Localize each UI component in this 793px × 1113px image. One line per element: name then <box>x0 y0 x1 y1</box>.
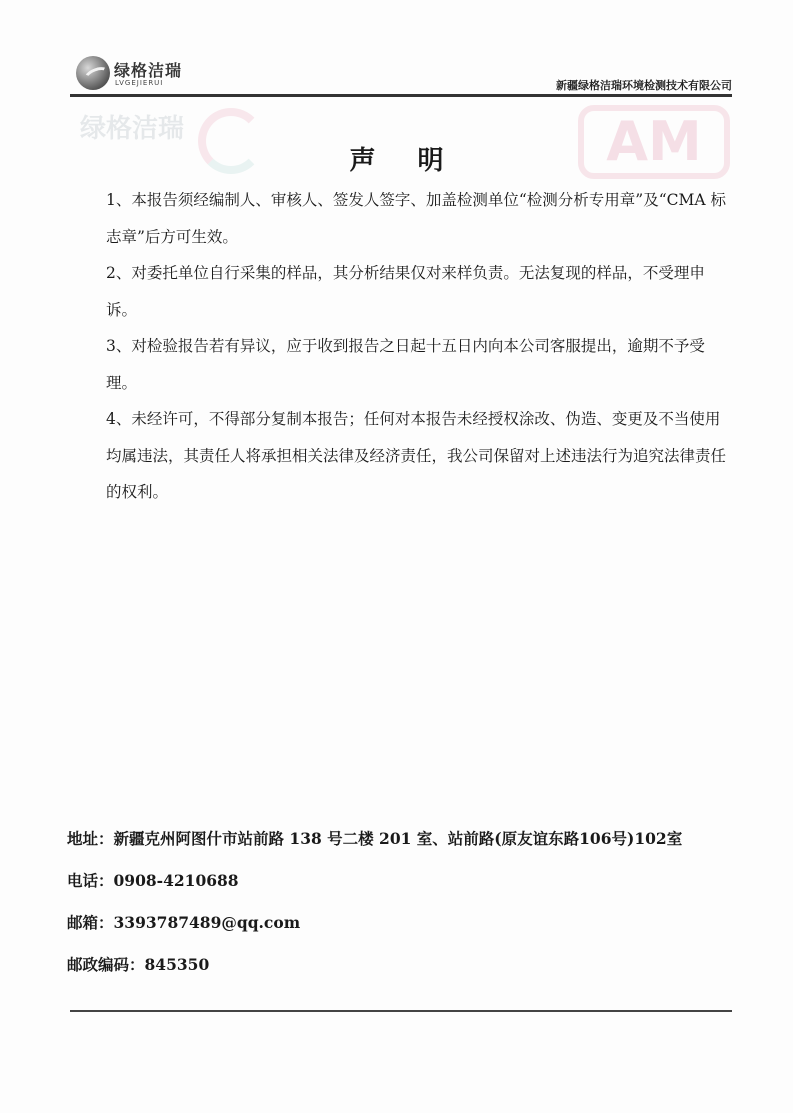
statement-list: 1、本报告须经编制人、审核人、签发人签字、加盖检测单位“检测分析专用章”及“CM… <box>106 182 726 511</box>
statement-item: 2、对委托单位自行采集的样品，其分析结果仅对来样负责。无法复现的样品，不受理申诉… <box>106 255 726 328</box>
footer-divider <box>70 1010 732 1012</box>
company-logo-icon <box>76 56 110 90</box>
email-row: 邮箱：3393787489@qq.com <box>67 902 747 944</box>
header-divider <box>70 94 732 97</box>
statement-item: 4、未经许可，不得部分复制本报告；任何对本报告未经授权涂改、伪造、变更及不当使用… <box>106 401 726 511</box>
logo-chinese-name: 绿格洁瑞 <box>114 58 182 81</box>
contact-info: 地址：新疆克州阿图什市站前路 138 号二楼 201 室、站前路(原友谊东路10… <box>67 818 747 986</box>
address-value: 新疆克州阿图什市站前路 138 号二楼 201 室、站前路(原友谊东路106号)… <box>114 829 683 848</box>
postal-row: 邮政编码：845350 <box>67 944 747 986</box>
address-row: 地址：新疆克州阿图什市站前路 138 号二楼 201 室、站前路(原友谊东路10… <box>67 818 747 860</box>
statement-item: 1、本报告须经编制人、审核人、签发人签字、加盖检测单位“检测分析专用章”及“CM… <box>106 182 726 255</box>
page-header: 绿格洁瑞 LVGEJIERUI 新疆绿格洁瑞环境检测技术有限公司 <box>70 52 732 98</box>
phone-value: 0908-4210688 <box>114 871 239 890</box>
postal-label: 邮政编码： <box>67 955 145 974</box>
page-title: 声明 <box>0 140 793 177</box>
postal-value: 845350 <box>145 955 210 974</box>
email-value: 3393787489@qq.com <box>114 913 301 932</box>
statement-item: 3、对检验报告若有异议，应于收到报告之日起十五日内向本公司客服提出，逾期不予受理… <box>106 328 726 401</box>
email-label: 邮箱： <box>67 913 114 932</box>
address-label: 地址： <box>67 829 114 848</box>
phone-row: 电话：0908-4210688 <box>67 860 747 902</box>
logo-english-name: LVGEJIERUI <box>115 79 163 87</box>
company-name: 新疆绿格洁瑞环境检测技术有限公司 <box>556 77 732 93</box>
phone-label: 电话： <box>67 871 114 890</box>
